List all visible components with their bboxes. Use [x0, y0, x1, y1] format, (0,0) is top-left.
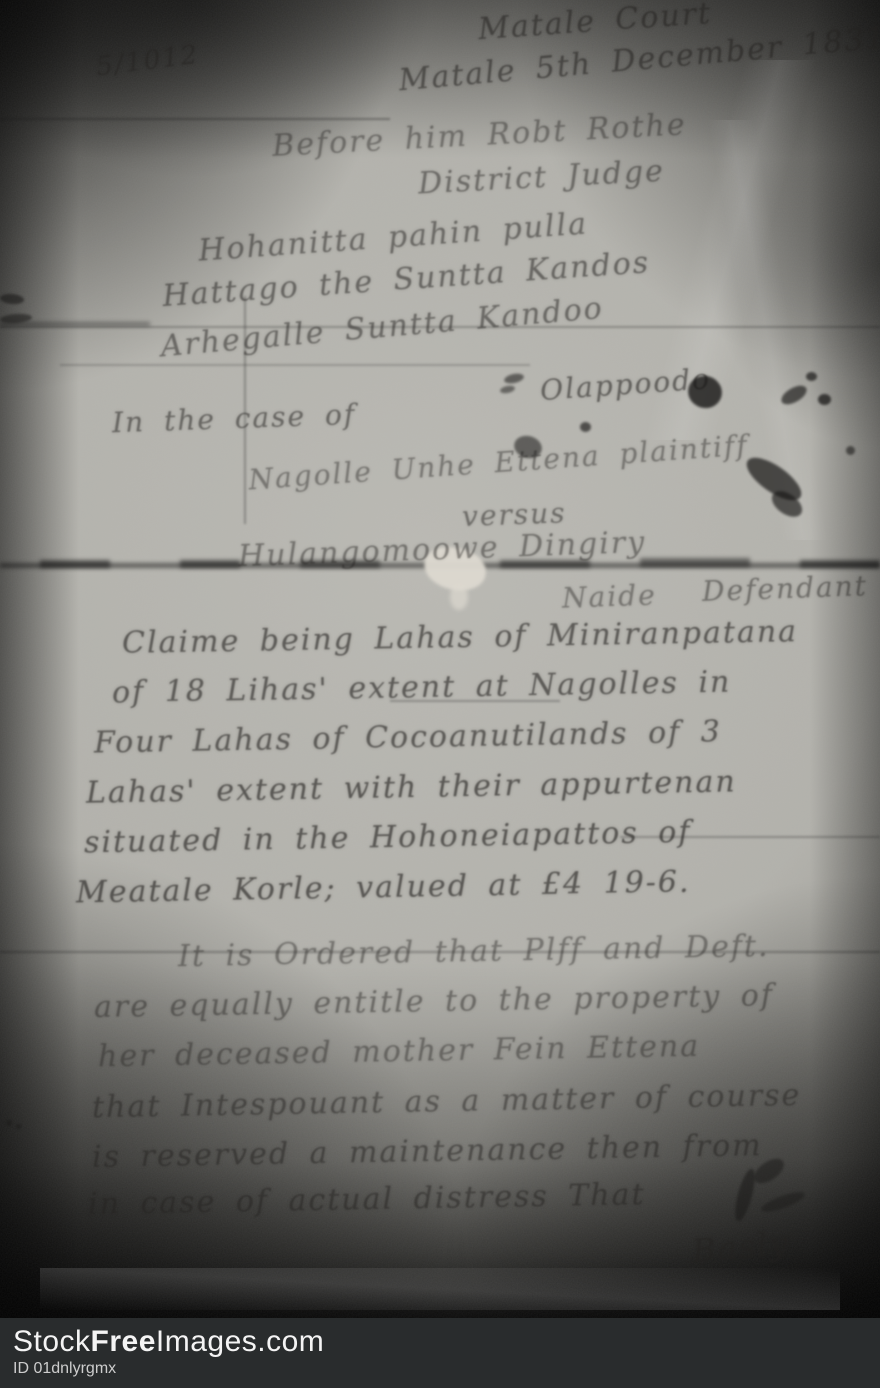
watermark-site-name: StockFreeImages.com: [13, 1325, 880, 1359]
ink-blot: [806, 372, 817, 381]
order-line: her deceased mother Fein Ettena: [98, 1029, 701, 1075]
paper-tear: [450, 584, 468, 610]
ink-blot: [16, 1124, 21, 1129]
ink-blot: [503, 372, 524, 385]
signature: Basly: [691, 1224, 791, 1270]
handwriting-line: Olappoodo: [539, 362, 712, 407]
ink-blot: [778, 382, 809, 408]
margin-mark: [0, 293, 24, 305]
claim-line: Lahas' extent with their appurtenan: [86, 764, 737, 810]
ink-blot: [499, 385, 515, 395]
watermark-site-rest: Images.com: [156, 1325, 324, 1358]
watermark-image-id: ID 01dnlyrgmx: [13, 1360, 880, 1378]
order-line: are equally entitle to the property of: [94, 978, 774, 1025]
crease-smudge: [40, 560, 110, 568]
defendant-label: Defendant: [701, 569, 868, 608]
order-line: that Intespouant as a matter of course: [92, 1078, 802, 1125]
crease-smudge: [800, 560, 880, 568]
fold-crease: [0, 322, 150, 326]
handwriting-line: In the case of: [111, 398, 356, 440]
claim-line: Four Lahas of Cocoanutilands of 3: [94, 715, 722, 761]
handwriting-line: Naide: [561, 578, 657, 614]
fold-crease: [0, 118, 390, 120]
photo-of-old-document: Matale Court 5/1012 Matale 5th December …: [0, 0, 880, 1388]
ink-blot: [6, 1120, 12, 1126]
ink-blot: [580, 422, 591, 432]
order-line: in case of actual distress That: [88, 1177, 646, 1222]
watermark-site-free: Free: [91, 1325, 156, 1358]
crease-smudge: [640, 558, 750, 567]
handwriting-line: District Judge: [417, 154, 665, 202]
fold-crease: [60, 364, 530, 366]
order-line: It is Ordered that Plff and Deft.: [178, 929, 770, 974]
claim-line: Meatale Korle; valued at £4 19-6.: [76, 865, 691, 911]
case-number: 5/1012: [95, 40, 201, 82]
claim-line: Claime being Lahas of Miniranpatana: [122, 614, 799, 661]
watermark-site-stock: Stock: [13, 1325, 91, 1358]
ink-blot: [818, 394, 831, 405]
ink-flourish: [759, 1188, 806, 1215]
document-paper: Matale Court 5/1012 Matale 5th December …: [0, 0, 880, 1318]
crease-smudge: [180, 560, 240, 568]
ink-blot: [846, 446, 855, 455]
claim-line: situated in the Hohoneiapattos of: [84, 815, 692, 861]
watermark-bar: StockFreeImages.com ID 01dnlyrgmx: [0, 1318, 880, 1388]
plaintiff-line: Nagolle Unhe Ettena plaintiff: [247, 429, 749, 497]
claim-line: of 18 Lihas' extent at Nagolles in: [112, 665, 732, 711]
wrinkle-highlight: [40, 1268, 840, 1310]
order-line: is reserved a maintenance then from: [92, 1128, 763, 1175]
